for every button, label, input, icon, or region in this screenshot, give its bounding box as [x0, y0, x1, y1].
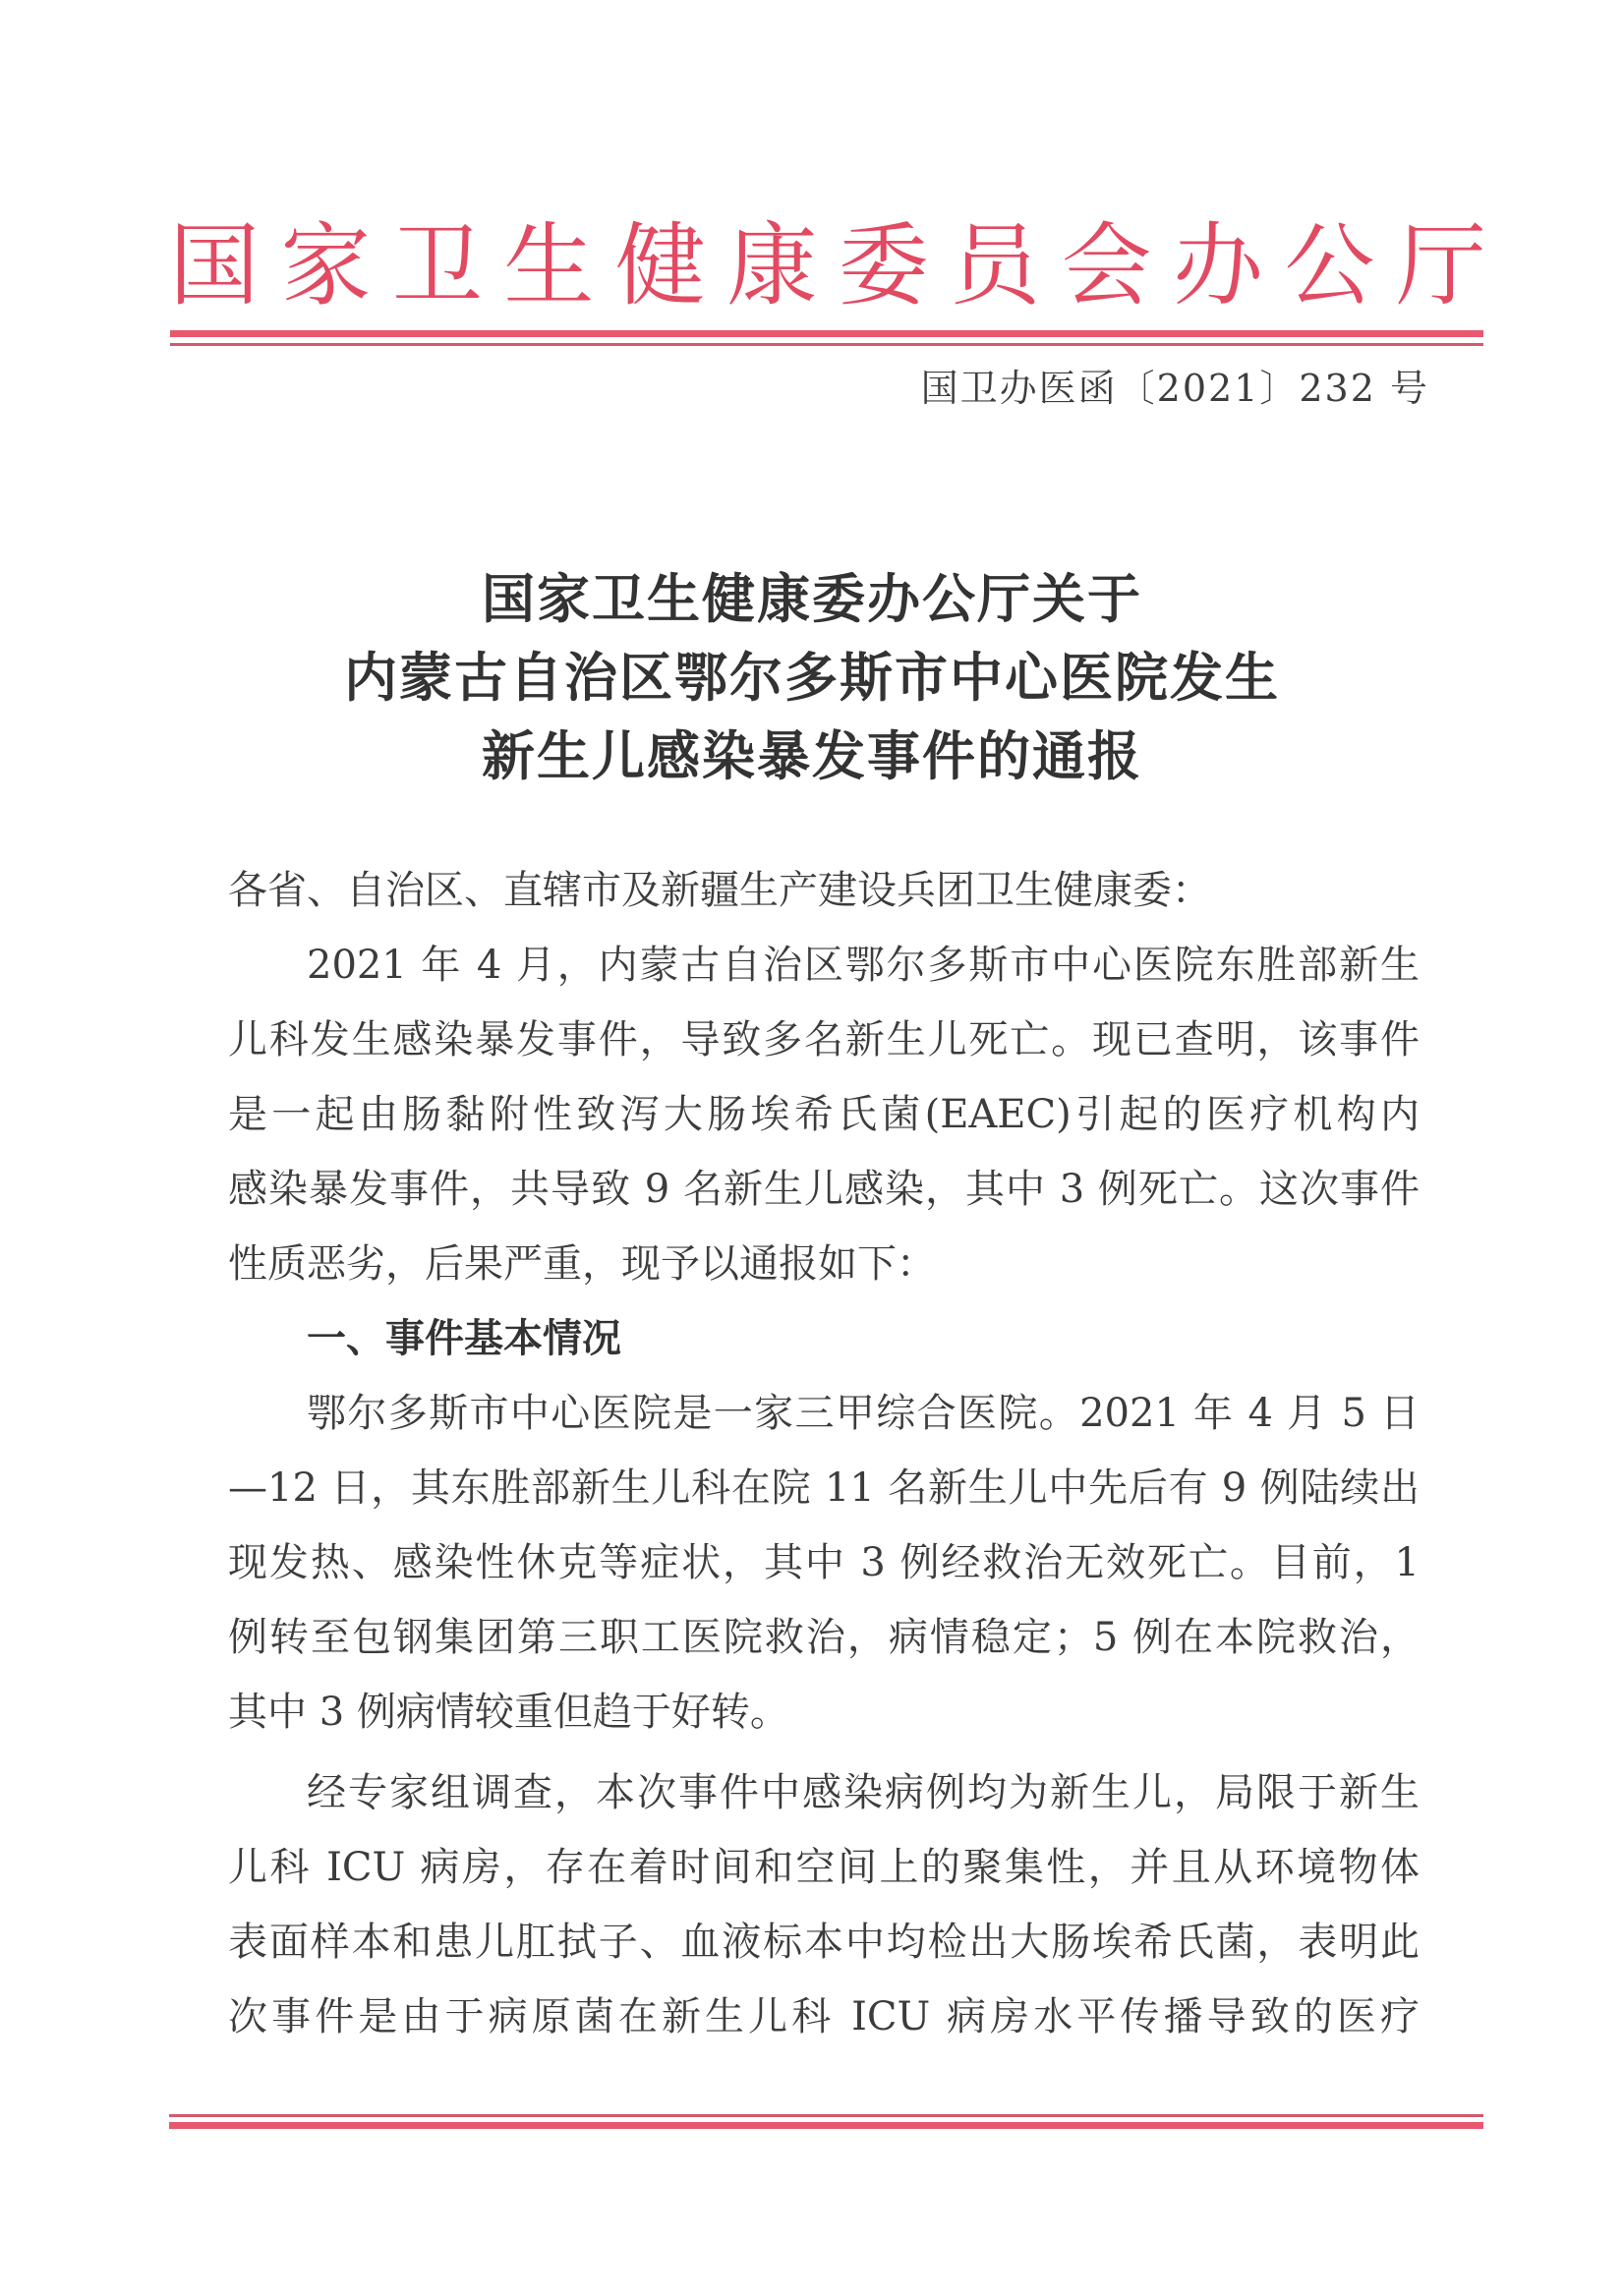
footer-red-rule-thick	[169, 2122, 1483, 2129]
paragraph-line: 次事件是由于病原菌在新生儿科 ICU 病房水平传播导致的医疗	[228, 1980, 1420, 2054]
masthead-char: 家	[280, 212, 371, 320]
masthead-title: 国 家 卫 生 健 康 委 员 会 办 公 厅	[169, 212, 1486, 320]
paragraph-line: 儿科 ICU 病房，存在着时间和空间上的聚集性，并且从环境物体	[228, 1830, 1420, 1905]
paragraph-line: 性质恶劣，后果严重，现予以通报如下：	[228, 1227, 1420, 1301]
paragraph-line: 例转至包钢集团第三职工医院救治，病情稳定；5 例在本院救治，	[228, 1600, 1420, 1675]
masthead-char: 公	[1285, 212, 1375, 320]
salutation: 各省、自治区、直辖市及新疆生产建设兵团卫生健康委：	[228, 853, 1420, 928]
document-body: 各省、自治区、直辖市及新疆生产建设兵团卫生健康委： 2021 年 4 月，内蒙古…	[228, 853, 1420, 2054]
header-red-rule-thin	[170, 343, 1483, 346]
masthead-char: 生	[503, 212, 594, 320]
title-line: 内蒙古自治区鄂尔多斯市中心医院发生	[0, 639, 1624, 717]
paragraph-line: 经专家组调查，本次事件中感染病例均为新生儿，局限于新生	[228, 1755, 1420, 1830]
masthead-char: 办	[1173, 212, 1263, 320]
paragraph-line: 是一起由肠黏附性致泻大肠埃希氏菌(EAEC)引起的医疗机构内	[228, 1077, 1420, 1152]
masthead-char: 国	[169, 212, 260, 320]
masthead-char: 会	[1062, 212, 1152, 320]
section-heading: 一、事件基本情况	[228, 1301, 1420, 1376]
paragraph-line: 现发热、感染性休克等症状，其中 3 例经救治无效死亡。目前，1	[228, 1525, 1420, 1600]
title-line: 新生儿感染暴发事件的通报	[0, 717, 1624, 796]
paragraph-line: —12 日，其东胜部新生儿科在院 11 名新生儿中先后有 9 例陆续出	[228, 1451, 1420, 1525]
paragraph-line: 感染暴发事件，共导致 9 名新生儿感染，其中 3 例死亡。这次事件	[228, 1152, 1420, 1227]
footer-red-rule-thin	[169, 2114, 1483, 2117]
masthead-char: 健	[615, 212, 706, 320]
document-number: 国卫办医函〔2021〕232 号	[921, 364, 1429, 413]
title-line: 国家卫生健康委办公厅关于	[0, 560, 1624, 639]
paragraph-line: 表面样本和患儿肛拭子、血液标本中均检出大肠埃希氏菌，表明此	[228, 1905, 1420, 1980]
paragraph-line: 其中 3 例病情较重但趋于好转。	[228, 1675, 1420, 1750]
masthead-char: 卫	[392, 212, 483, 320]
paragraph-line: 2021 年 4 月，内蒙古自治区鄂尔多斯市中心医院东胜部新生	[228, 928, 1420, 1003]
paragraph-line: 鄂尔多斯市中心医院是一家三甲综合医院。2021 年 4 月 5 日	[228, 1376, 1420, 1451]
document-title: 国家卫生健康委办公厅关于 内蒙古自治区鄂尔多斯市中心医院发生 新生儿感染暴发事件…	[0, 560, 1624, 796]
masthead-char: 厅	[1396, 212, 1486, 320]
masthead-char: 委	[839, 212, 929, 320]
masthead-char: 员	[950, 212, 1040, 320]
masthead-char: 康	[726, 212, 817, 320]
header-red-rule-thick	[170, 330, 1483, 337]
paragraph-line: 儿科发生感染暴发事件，导致多名新生儿死亡。现已查明，该事件	[228, 1003, 1420, 1077]
